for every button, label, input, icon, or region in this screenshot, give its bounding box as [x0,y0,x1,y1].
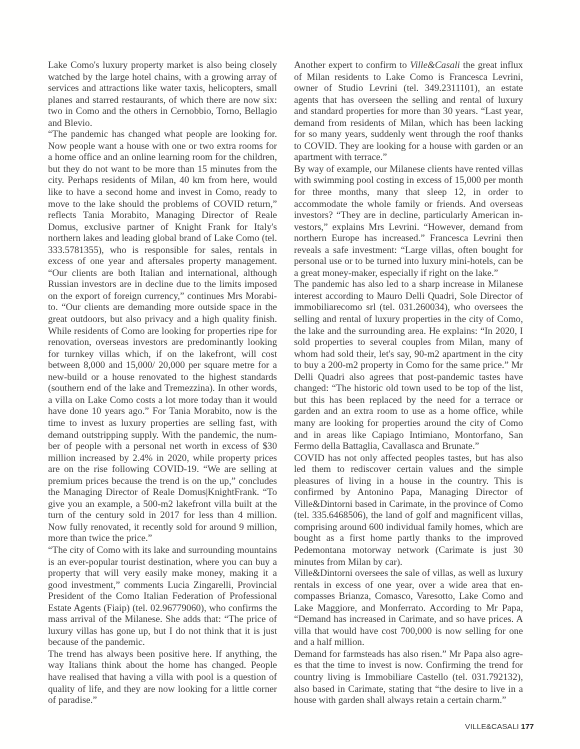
paragraph: “The pandemic has changed what people ar… [48,129,277,545]
article-column-right: Another expert to confirm to Ville&Casal… [294,60,523,707]
paragraph: Ville&Dintorni oversees the sale of vill… [294,568,523,649]
paragraph: The pandemic has also led to a sharp inc… [294,279,523,452]
paragraph: Another expert to confirm to Ville&Casal… [294,60,523,164]
paragraph: “The city of Como with its lake and surr… [48,545,277,649]
page-number: 177 [521,722,534,731]
paragraph: The trend has always been positive here.… [48,649,277,707]
paragraph: COVID has not only affected peoples tast… [294,453,523,568]
magazine-page: Lake Como's luxury property market is al… [0,0,580,749]
page-footer: VILLE&CASALI177 [465,722,534,731]
paragraph-text: Another expert to confirm to [294,60,410,71]
article-column-left: Lake Como's luxury property market is al… [48,60,277,707]
magazine-name-italic: Ville&Casali [410,60,460,71]
paragraph-text: the great in­flux of Milan residents to … [294,60,523,163]
paragraph: By way of example, our Milanese clients … [294,164,523,279]
paragraph: Lake Como's luxury property market is al… [48,60,277,129]
paragraph: Demand for farmsteads has also risen.” M… [294,649,523,707]
magazine-title: VILLE&CASALI [465,722,519,731]
